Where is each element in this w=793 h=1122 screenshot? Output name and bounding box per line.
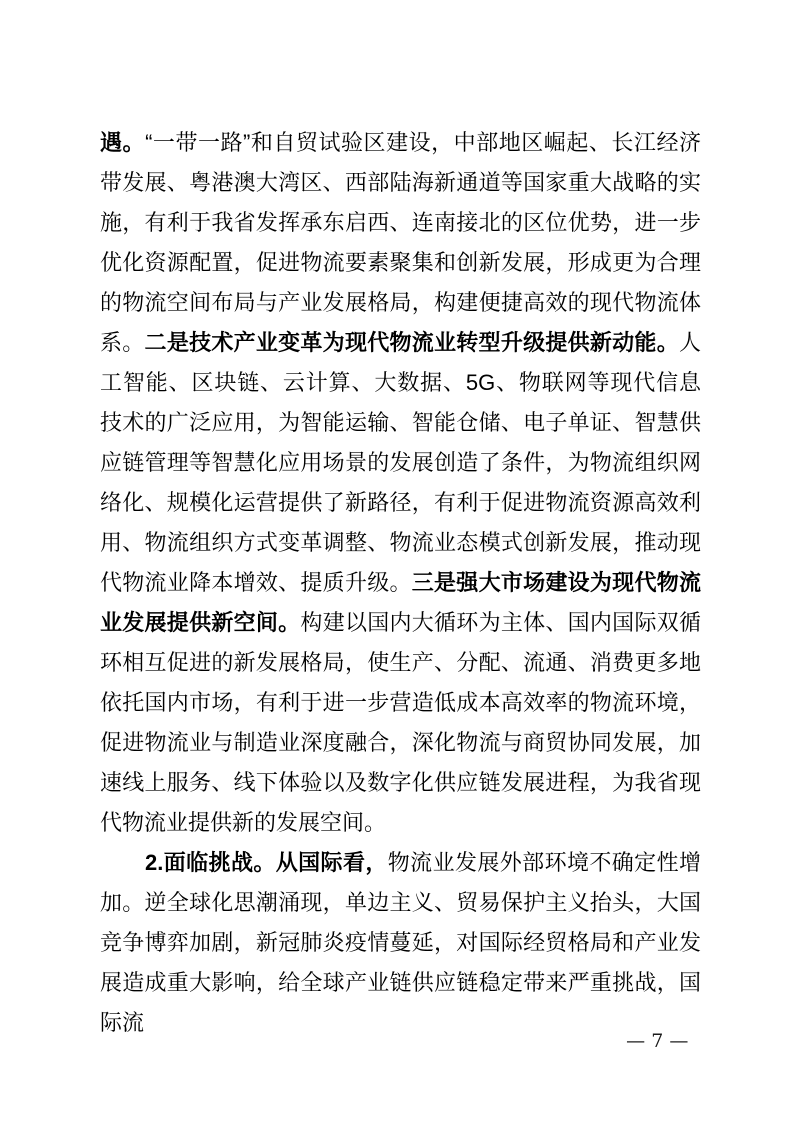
document-page: 遇。“一带一路”和自贸试验区建设，中部地区崛起、长江经济带发展、粤港澳大湾区、西… — [0, 0, 793, 1122]
text-run: “一带一路”和自贸试验区建设，中部地区崛起、长江经济带发展、粤港澳大湾区、西部陆… — [100, 130, 701, 355]
text-run: 2.面临挑战。从国际看， — [145, 850, 388, 875]
page-number: — 7 — — [602, 1008, 688, 1074]
text-run: 构建以国内大循环为主体、国内国际双循环相互促进的新发展格局，使生产、分配、流通、… — [100, 610, 701, 835]
text-run: 二是技术产业变革为现代物流业转型升级提供新动能。 — [145, 330, 679, 355]
text-run: 人工智能、区块链、云计算、大数据、5G、物联网等现代信息技术的广泛应用，为智能运… — [100, 330, 701, 595]
document-body: 遇。“一带一路”和自贸试验区建设，中部地区崛起、长江经济带发展、粤港澳大湾区、西… — [100, 123, 701, 1043]
page-number-text: — 7 — — [626, 1030, 688, 1052]
paragraph-opportunities: 遇。“一带一路”和自贸试验区建设，中部地区崛起、长江经济带发展、粤港澳大湾区、西… — [100, 123, 701, 843]
text-run: 遇。 — [100, 130, 145, 155]
